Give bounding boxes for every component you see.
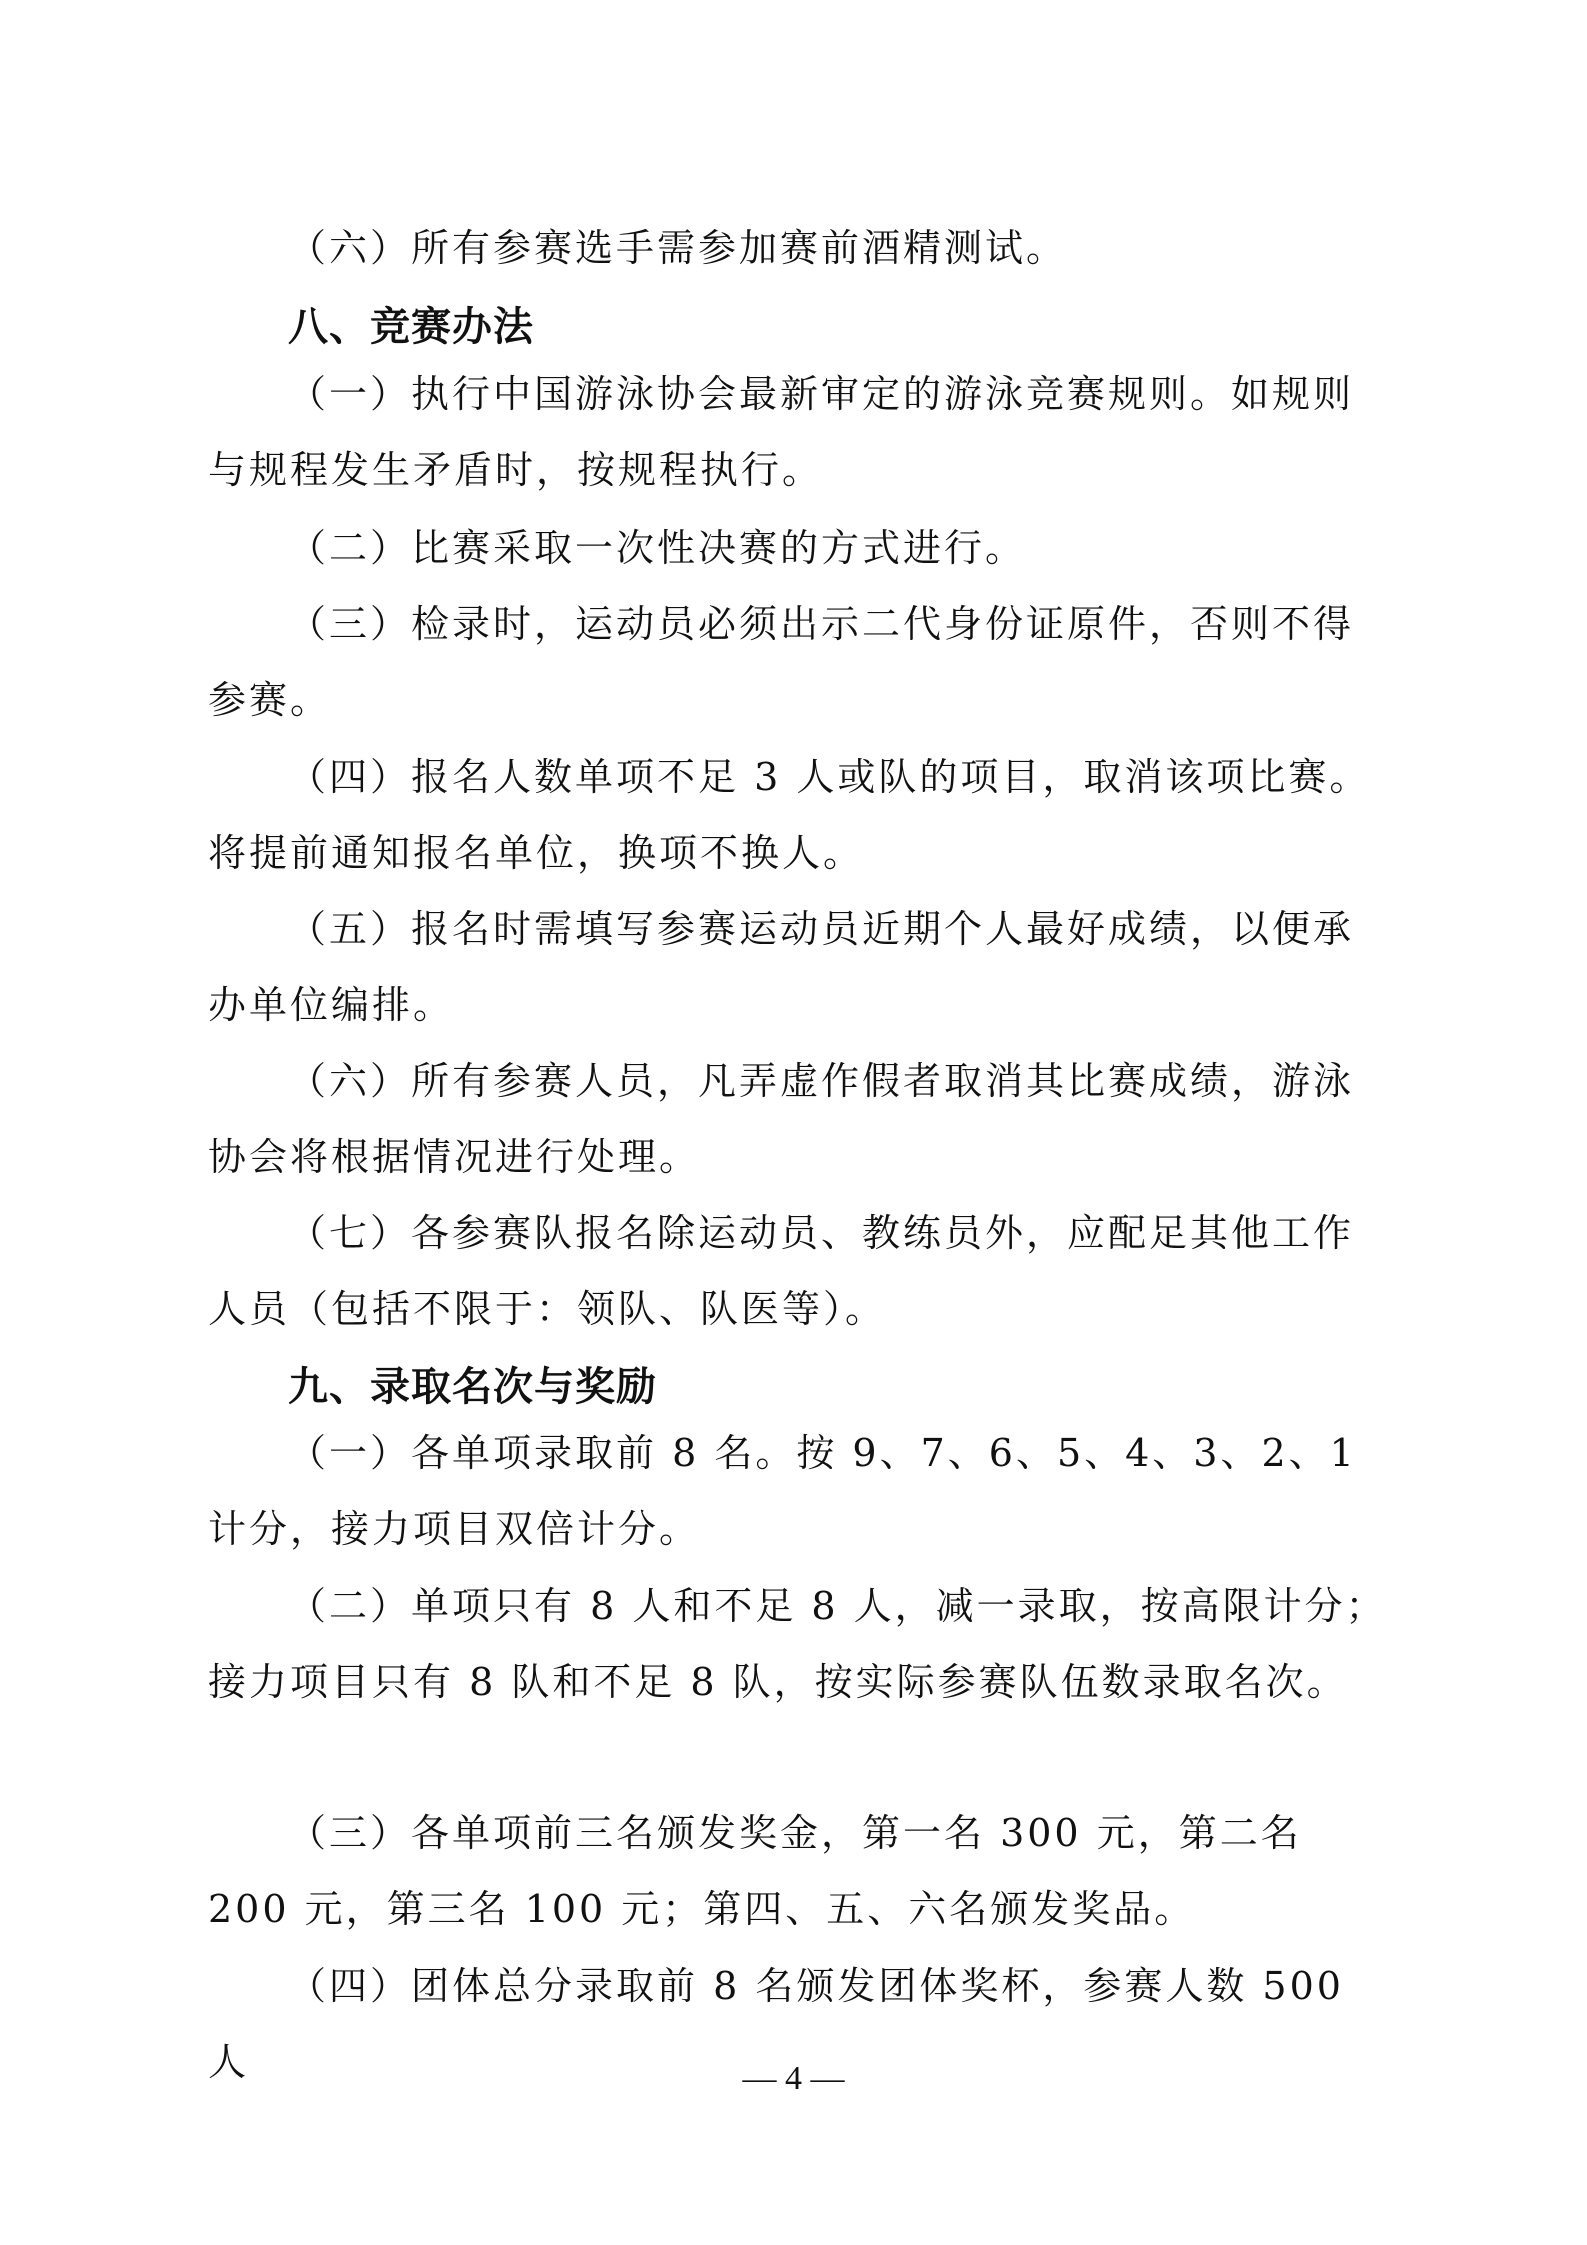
paragraph: （七）各参赛队报名除运动员、教练员外，应配足其他工作人员（包括不限于：领队、队医… [208,1195,1388,1347]
document-page: （六）所有参赛选手需参加赛前酒精测试。 八、竞赛办法 （一）执行中国游泳协会最新… [0,0,1587,2245]
page-number: — 4 — [0,2060,1587,2098]
paragraph: （三）各单项前三名颁发奖金，第一名 300 元，第二名 200 元，第三名 10… [208,1795,1388,1947]
paragraph: （五）报名时需填写参赛运动员近期个人最好成绩，以便承办单位编排。 [208,891,1388,1043]
paragraph: （六）所有参赛选手需参加赛前酒精测试。 [208,210,1388,286]
paragraph: （三）检录时，运动员必须出示二代身份证原件，否则不得参赛。 [208,586,1388,738]
paragraph: （一）各单项录取前 8 名。按 9、7、6、5、4、3、2、1 计分，接力项目双… [208,1415,1388,1567]
paragraph: （二）单项只有 8 人和不足 8 人，减一录取，按高限计分；接力项目只有 8 队… [208,1568,1388,1720]
paragraph: （四）报名人数单项不足 3 人或队的项目，取消该项比赛。将提前通知报名单位，换项… [208,739,1388,891]
section-heading: 九、录取名次与奖励 [288,1355,657,1412]
paragraph: （六）所有参赛人员，凡弄虚作假者取消其比赛成绩，游泳协会将根据情况进行处理。 [208,1043,1388,1195]
paragraph: （二）比赛采取一次性决赛的方式进行。 [208,510,1388,586]
paragraph: （一）执行中国游泳协会最新审定的游泳竞赛规则。如规则与规程发生矛盾时，按规程执行… [208,356,1388,508]
section-heading: 八、竞赛办法 [288,295,534,352]
